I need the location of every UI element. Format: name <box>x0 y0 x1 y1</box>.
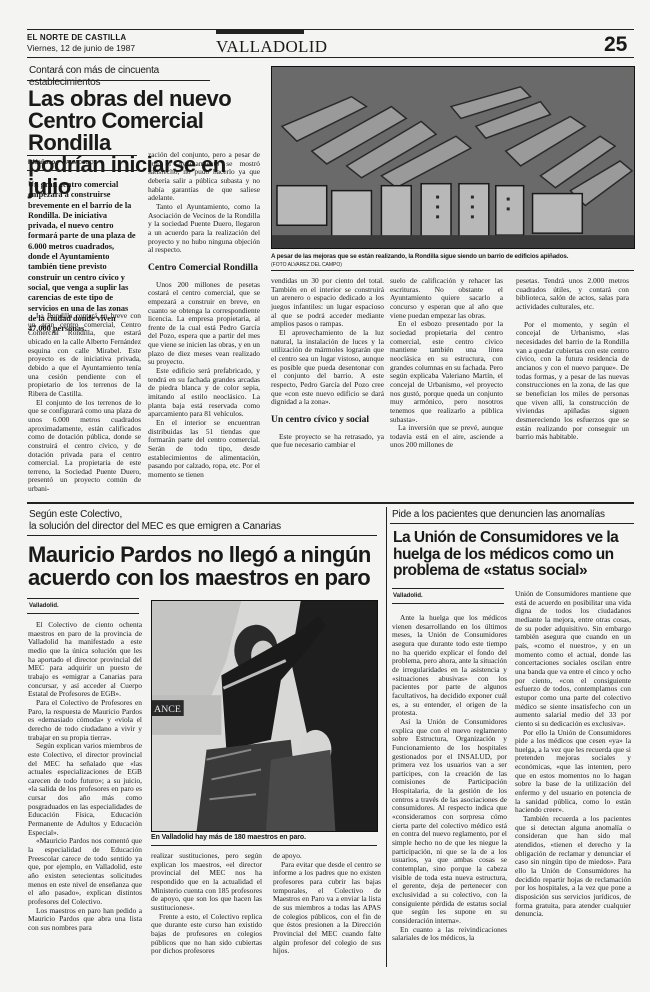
article1-byline: F.Mañoso.VALLADOLID <box>28 160 94 166</box>
photo-maestros: ANCE <box>151 600 378 832</box>
kicker-rule-3 <box>390 523 634 524</box>
article3-col1: Ante la huelga que los médicos vienen de… <box>392 614 507 943</box>
page-divider <box>27 502 634 504</box>
section-bar <box>216 30 304 34</box>
caption-rule <box>271 270 634 271</box>
article1-col2: zación del conjunto, pero a pesar de que… <box>148 151 260 480</box>
subhead-centro-comercial: Centro Comercial Rondilla <box>148 264 260 273</box>
masthead-top-rule <box>27 29 634 30</box>
article2-byline: Valladolid. <box>29 603 59 609</box>
article3-headline: La Unión de Consumidores ve la huelga de… <box>393 530 643 580</box>
newspaper-name: EL NORTE DE CASTILLA <box>27 33 126 42</box>
article1-photo-caption: A pesar de las mejoras que se están real… <box>271 253 641 260</box>
article2-kicker: Según este Colectivo, la solución del di… <box>29 509 369 533</box>
aerial-buildings-image <box>272 67 634 248</box>
article2-col1: El Colectivo de ciento ochenta maestros … <box>28 621 142 933</box>
article3-kicker: Pide a los pacientes que denuncien las a… <box>392 509 642 521</box>
article2-col3: de apoyo. Para evitar que desde el centr… <box>273 852 381 956</box>
byline-rule-bottom-3 <box>392 603 504 604</box>
article2-photo-caption: En Valladolid hay más de 180 maestros en… <box>151 834 381 841</box>
article1-col3: vendidas un 30 por ciento del total. Tam… <box>271 277 384 450</box>
byline-rule-bottom <box>27 170 137 171</box>
byline-rule-bottom-2 <box>27 613 139 614</box>
byline-rule-top <box>27 155 137 156</box>
article1-photo-credit: (FOTO ALVAREZ DEL CAMPO) <box>271 262 342 268</box>
subhead-centro-civico: Un centro cívico y social <box>271 416 384 425</box>
masthead-bottom-rule <box>27 57 634 58</box>
article3-byline: Valladolid. <box>393 593 423 599</box>
photo-rondilla-aerial <box>271 66 635 249</box>
article1-col4: suelo de calificación y rehacer las escr… <box>390 277 503 450</box>
byline-rule-top-3 <box>392 588 504 589</box>
kicker-rule-2 <box>27 535 377 536</box>
children-at-board-image: ANCE <box>152 601 377 831</box>
byline-rule-top-2 <box>27 598 139 599</box>
svg-text:ANCE: ANCE <box>154 704 181 715</box>
article1-col1: La Rondilla contará en breve con un gran… <box>28 312 141 494</box>
column-divider <box>386 507 387 967</box>
section-title: VALLADOLID <box>216 37 327 57</box>
page-number: 25 <box>604 33 627 57</box>
article2-col2: realizar sustituciones, pero según expli… <box>151 852 262 956</box>
article1-col5: pesetas. Tendrá unos 2.000 metros cuadra… <box>516 277 629 442</box>
article2-headline: Mauricio Pardos no llegó a ningún acuerd… <box>28 543 383 589</box>
caption-rule-2 <box>151 845 377 846</box>
kicker-rule <box>27 80 210 81</box>
issue-date: Viernes, 12 de junio de 1987 <box>27 43 135 53</box>
article3-col2: Unión de Consumidores mantiene que está … <box>515 590 631 919</box>
